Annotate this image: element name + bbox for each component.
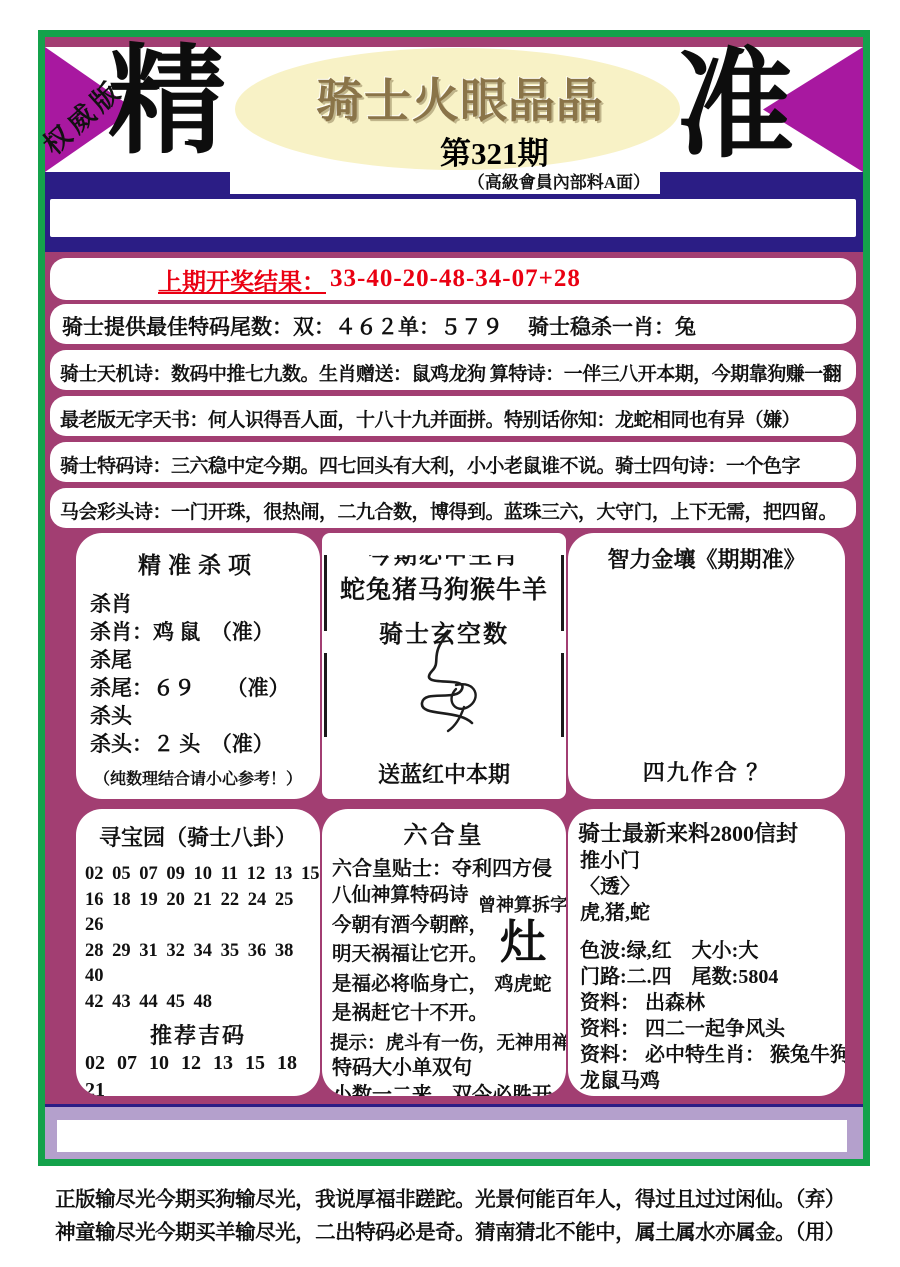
shujinguang-line-1: 正版输尽光今期买狗输尽光，我说厚福非蹉跎。光景何能百年人，得过且过过闲仙。（弃）: [0, 1182, 900, 1212]
treasure-numbers-row: 16 18 19 20 21 22 24 25 26: [85, 888, 320, 939]
poem-line: 今朝有酒今朝醉，: [332, 911, 478, 941]
tema-poem-row: 骑士特码诗：三六稳中定今期。四七回头有大利，小小老鼠谁不说。骑士四句诗：一个色字: [50, 442, 856, 482]
poem-title: 八仙神算特码诗: [332, 881, 478, 911]
envelope-line: 推小门: [568, 848, 845, 874]
divider-bar: [324, 653, 327, 737]
tianji-poem-row: 骑士天机诗：数码中推七九数。生肖赠送：鼠鸡龙狗 算特诗：一伴三八开本期，今期靠狗…: [50, 350, 856, 390]
kill-line: 杀头：２ 头 （准）: [90, 730, 320, 758]
treasure-title: 寻宝园（骑士八卦）: [76, 809, 320, 852]
envelope-title: 骑士最新来料2800信封: [568, 809, 845, 848]
big-char-jing: 精: [108, 44, 226, 162]
split-character: 灶: [478, 917, 566, 969]
tianji-poem-text: 骑士天机诗：数码中推七九数。生肖赠送：鼠鸡龙狗 算特诗：一伴三八开本期，今期靠狗…: [50, 350, 856, 386]
caitou-poem-row: 马会彩头诗：一门开珠，很热闹，二九合数，博得到。蓝珠三六，大守门，上下无需，把四…: [50, 488, 856, 528]
kill-line: 杀尾：６９ （准）: [90, 674, 320, 702]
lottery-sheet-page: 权威版 精 骑士火眼晶晶 准 第321期 （高級會員內部料A面） 上期开奖结果：…: [0, 0, 900, 1267]
kill-line: 杀头: [90, 702, 320, 730]
zodiac-list: 蛇兔猪马狗猴牛羊: [322, 570, 566, 606]
kill-line: 杀肖: [90, 590, 320, 618]
split-char-title: 曾神算拆字: [478, 891, 566, 917]
last-result-label: 上期开奖结果：: [158, 262, 326, 297]
spacer: [568, 926, 845, 938]
envelope-line: 〈透〉: [568, 874, 845, 900]
treasure-numbers-row: 02 05 07 09 10 11 12 13 15: [85, 862, 320, 888]
color-wave-line: 色波:绿,红 大小:大: [568, 938, 845, 964]
kill-line: 杀尾: [90, 646, 320, 674]
big-char-zhun: 准: [676, 48, 794, 166]
wisdom-box-title: 智力金壤《期期准》: [568, 533, 845, 574]
kill-zodiac-text: 骑士稳杀一肖：兔: [528, 311, 696, 341]
wuzi-tianshu-row: 最老版无字天书：何人识得吾人面，十八十九并面拼。特别话你知：龙蛇相同也有异（嫌）: [50, 396, 856, 436]
lucky-numbers-row: 02 07 10 12 13 15 18 21: [85, 1050, 320, 1096]
blank-strip: [50, 199, 856, 237]
zodiac-box: 今期必中生肖 蛇兔猪马狗猴牛羊 骑士玄空数 送蓝红中本期: [322, 533, 566, 799]
member-label: （高級會員內部料A面）: [230, 172, 660, 194]
data-line: 资料： 必中特生肖： 猴兔牛狗羊: [568, 1042, 845, 1068]
tail-number-text: 骑士提供最佳特码尾数：双：４６２单：５７９: [62, 311, 503, 341]
liuhe-hint: 提示：虎斗有一伤，无神用禅机。: [322, 1029, 566, 1055]
liuhe-tip: 六合皇贴士：夺利四方侵: [322, 852, 566, 881]
data-line: 资料： 出森林: [568, 990, 845, 1016]
liuhe-emperor-box: 六合皇 六合皇贴士：夺利四方侵 八仙神算特码诗 今朝有酒今朝醉， 明天祸福让它开…: [322, 809, 566, 1096]
wuzi-tianshu-text: 最老版无字天书：何人识得吾人面，十八十九并面拼。特别话你知：龙蛇相同也有异（嫌）: [50, 396, 856, 432]
treasure-numbers-row: 42 43 44 45 48: [85, 990, 320, 1016]
caitou-poem-text: 马会彩头诗：一门开珠，很热闹，二九合数，博得到。蓝珠三六，大守门，上下无需，把四…: [50, 488, 856, 524]
liuhe-title: 六合皇: [322, 809, 566, 850]
split-zodiacs: 鸡虎蛇: [478, 969, 566, 996]
last-result-numbers: 33-40-20-48-34-07+28: [330, 265, 581, 293]
data-line: 龙鼠马鸡: [568, 1068, 845, 1094]
envelope-line: 虎,猪,蛇: [568, 900, 845, 926]
kill-box-note: （纯数理结合请小心参考！）: [76, 766, 320, 789]
treasure-numbers-row: 28 29 31 32 34 35 36 38 40: [85, 939, 320, 990]
envelope-info-box: 骑士最新来料2800信封 推小门 〈透〉 虎,猪,蛇 色波:绿,红 大小:大 门…: [568, 809, 845, 1096]
last-result-row: 上期开奖结果： 33-40-20-48-34-07+28: [50, 258, 856, 300]
gate-tail-line: 门路:二.四 尾数:5804: [568, 964, 845, 990]
kill-box-title: 精准杀项: [76, 533, 320, 580]
handwritten-scribble: [384, 625, 504, 743]
poem-line: 是福必将临身亡，: [332, 970, 478, 1000]
treasure-garden-box: 寻宝园（骑士八卦） 02 05 07 09 10 11 12 13 15 16 …: [76, 809, 320, 1096]
divider-bar: [561, 653, 564, 737]
kill-line: 杀肖：鸡 鼠 （准）: [90, 618, 320, 646]
precise-kill-box: 精准杀项 杀肖 杀肖：鸡 鼠 （准） 杀尾 杀尾：６９ （准） 杀头 杀头：２ …: [76, 533, 320, 799]
issue-number: 第321期: [440, 128, 549, 173]
poem-line: 是祸赶它十不开。: [332, 999, 478, 1029]
data-line: 资料： 四二一起争风头: [568, 1016, 845, 1042]
size-title: 特码大小单双句: [322, 1055, 566, 1082]
zodiac-box-title: 今期必中生肖: [322, 537, 566, 570]
wisdom-box-footer: 四九作合 ？: [568, 756, 845, 787]
size-line: 小数一二来，双今必胜开。: [322, 1082, 566, 1096]
shujinguang-line-2: 神童输尽光今期买羊输尽光，二出特码必是奇。猜南猜北不能中，属土属水亦属金。（用）: [0, 1215, 900, 1245]
lucky-codes-title: 推荐吉码: [76, 1019, 320, 1050]
wisdom-box: 智力金壤《期期准》 四九作合 ？: [568, 533, 845, 799]
tail-number-row: 骑士提供最佳特码尾数：双：４６２单：５７９ 骑士稳杀一肖：兔: [50, 304, 856, 344]
blank-box: [57, 1120, 847, 1152]
lavender-strip: [45, 1104, 863, 1159]
masthead-title: 骑士火眼晶晶: [240, 64, 680, 131]
poem-line: 明天祸福让它开。: [332, 940, 478, 970]
tema-poem-text: 骑士特码诗：三六稳中定今期。四七回头有大利，小小老鼠谁不说。骑士四句诗：一个色字: [50, 442, 856, 478]
zodiac-box-footer: 送蓝红中本期: [322, 758, 566, 789]
